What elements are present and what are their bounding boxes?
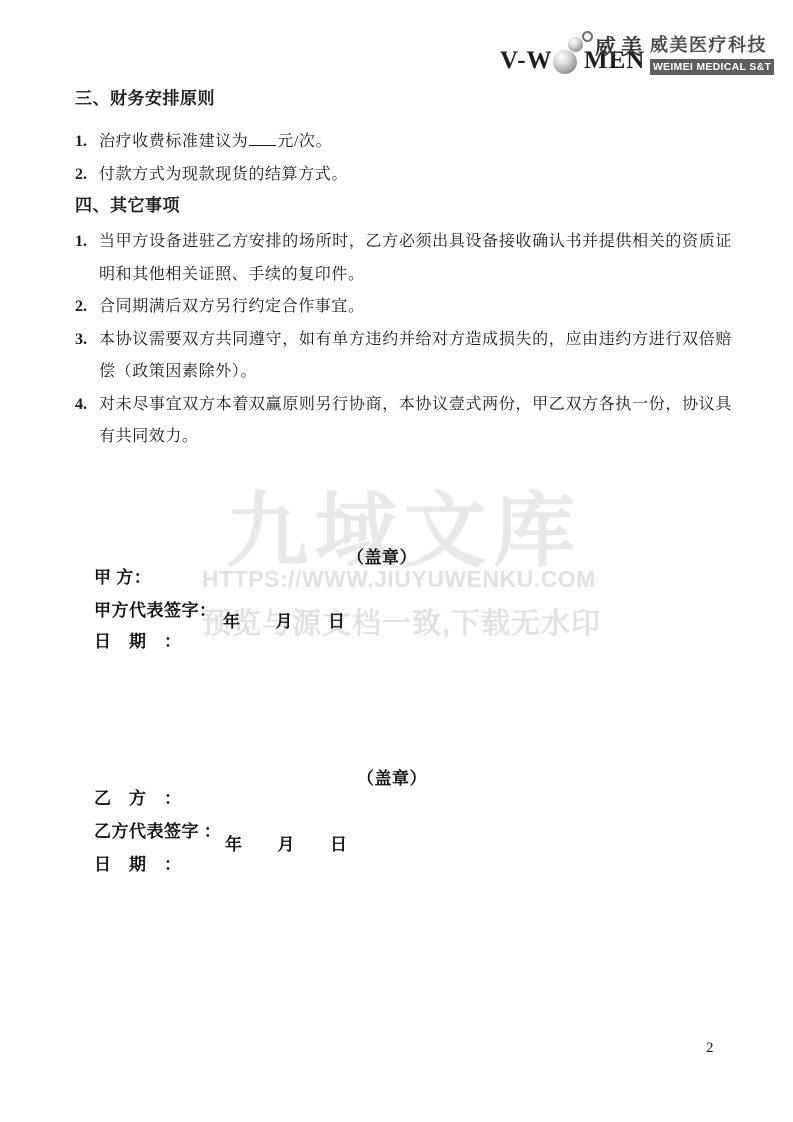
page-number: 2: [706, 1040, 714, 1057]
logo-vw-text: V-W: [500, 47, 553, 75]
item-text: 对未尽事宜双方本着双赢原则另行协商，本协议壹式两份，甲乙双方各执一份，协议具有共…: [99, 389, 732, 454]
logo-ring-icon: [582, 31, 593, 42]
fill-in-blank: [249, 131, 276, 146]
item-text: 治疗收费标准建议为元/次。: [99, 126, 732, 159]
party-b-date-label: 日 期 ：: [94, 855, 182, 874]
logo-brand-cn: 威美: [595, 31, 647, 61]
list-item: 1. 治疗收费标准建议为元/次。: [75, 126, 732, 159]
document-body: 三、财务安排原则 1. 治疗收费标准建议为元/次。 2. 付款方式为现款现货的结…: [75, 88, 732, 454]
party-b-date-row: 日 期 ： 年 月 日: [75, 830, 635, 915]
list-item: 4. 对未尽事宜双方本着双赢原则另行协商，本协议壹式两份，甲乙双方各执一份，协议…: [75, 389, 732, 454]
party-b-seal-label: （盖章）: [357, 764, 427, 789]
party-a-seal-label: （盖章）: [347, 543, 417, 568]
item-number: 3.: [75, 324, 99, 357]
item-number: 1.: [75, 226, 99, 259]
logo-bubble-icon: [568, 37, 583, 52]
list-item: 1. 当甲方设备进驻乙方安排的场所时，乙方必须出具设备接收确认书并提供相关的资质…: [75, 226, 732, 291]
document-page: V-W MEN 威美 威美医疗科技 WEIMEI MEDICAL S&T 九域文…: [0, 0, 793, 1122]
logo-company-name-en: WEIMEI MEDICAL S&T: [650, 59, 774, 75]
item-text-before: 治疗收费标准建议为: [99, 133, 248, 150]
item-text: 本协议需要双方共同遵守，如有单方违约并给对方造成损失的，应由违约方进行双倍赔偿（…: [99, 324, 732, 389]
party-a-date-value: 年 月 日: [223, 607, 346, 632]
item-number: 1.: [75, 126, 99, 159]
list-item: 2. 合同期满后双方另行约定合作事宜。: [75, 291, 732, 324]
list-item: 2. 付款方式为现款现货的结算方式。: [75, 159, 732, 192]
company-logo: V-W MEN 威美 威美医疗科技 WEIMEI MEDICAL S&T: [498, 29, 776, 75]
item-text: 合同期满后双方另行约定合作事宜。: [99, 291, 732, 324]
item-number: 2.: [75, 291, 99, 324]
list-item: 3. 本协议需要双方共同遵守，如有单方违约并给对方造成损失的，应由违约方进行双倍…: [75, 324, 732, 389]
item-number: 2.: [75, 159, 99, 192]
section-heading-finance: 三、财务安排原则: [75, 88, 732, 110]
party-a-date-row: 日 期 ： 年 月 日: [75, 607, 635, 692]
item-number: 4.: [75, 389, 99, 422]
logo-company-block: 威美医疗科技 WEIMEI MEDICAL S&T: [650, 31, 774, 75]
party-a-date-label: 日 期 ：: [94, 632, 182, 651]
item-text: 付款方式为现款现货的结算方式。: [99, 159, 732, 192]
item-text-after: 元/次。: [277, 133, 332, 150]
logo-sphere-icon: [553, 50, 577, 74]
item-text: 当甲方设备进驻乙方安排的场所时，乙方必须出具设备接收确认书并提供相关的资质证明和…: [99, 226, 732, 291]
party-b-date-value: 年 月 日: [225, 830, 348, 855]
section-heading-other: 四、其它事项: [75, 195, 732, 217]
logo-company-name-cn: 威美医疗科技: [650, 31, 774, 57]
